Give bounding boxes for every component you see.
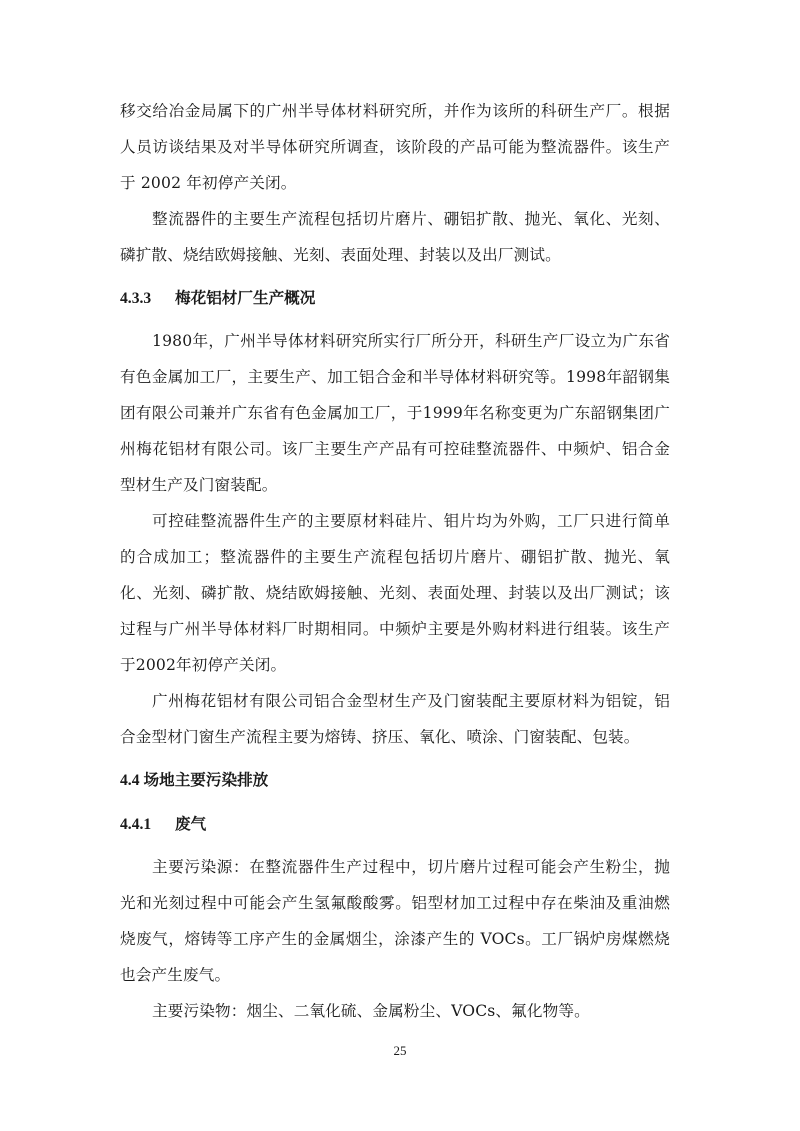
section-heading-4-4-1: 4.4.1 废气 (120, 807, 670, 843)
section-heading-4-4: 4.4 场地主要污染排放 (120, 763, 670, 799)
section-number: 4.4 (120, 763, 140, 799)
document-page: 移交给冶金局属下的广州半导体材料研究所，并作为该所的科研生产厂。根据人员访谈结果… (0, 0, 800, 1131)
section-number: 4.3.3 (120, 281, 175, 317)
paragraph-rectifier-process: 整流器件的主要生产流程包括切片磨片、硼铝扩散、抛光、氧化、光刻、磷扩散、烧结欧姆… (120, 201, 670, 273)
paragraph-scr-process: 可控硅整流器件生产的主要原材料硅片、钼片均为外购，工厂只进行简单的合成加工；整流… (120, 503, 670, 683)
paragraph-pollution-sources: 主要污染源：在整流器件生产过程中，切片磨片过程可能会产生粉尘，抛光和光刻过程中可… (120, 849, 670, 993)
section-title: 梅花铝材厂生产概况 (175, 281, 315, 317)
section-title: 废气 (175, 807, 206, 843)
section-heading-4-3-3: 4.3.3 梅花铝材厂生产概况 (120, 281, 670, 317)
page-content: 移交给冶金局属下的广州半导体材料研究所，并作为该所的科研生产厂。根据人员访谈结果… (120, 93, 670, 1029)
section-number: 4.4.1 (120, 807, 175, 843)
section-title: 场地主要污染排放 (144, 763, 269, 799)
paragraph-main-pollutants: 主要污染物：烟尘、二氧化硫、金属粉尘、VOCs、氟化物等。 (120, 993, 670, 1029)
paragraph-continuation: 移交给冶金局属下的广州半导体材料研究所，并作为该所的科研生产厂。根据人员访谈结果… (120, 93, 670, 201)
paragraph-history: 1980年，广州半导体材料研究所实行厂所分开，科研生产厂设立为广东省有色金属加工… (120, 323, 670, 503)
page-number: 25 (0, 1043, 800, 1059)
paragraph-aluminum-process: 广州梅花铝材有限公司铝合金型材生产及门窗装配主要原材料为铝锭，铝合金型材门窗生产… (120, 683, 670, 755)
